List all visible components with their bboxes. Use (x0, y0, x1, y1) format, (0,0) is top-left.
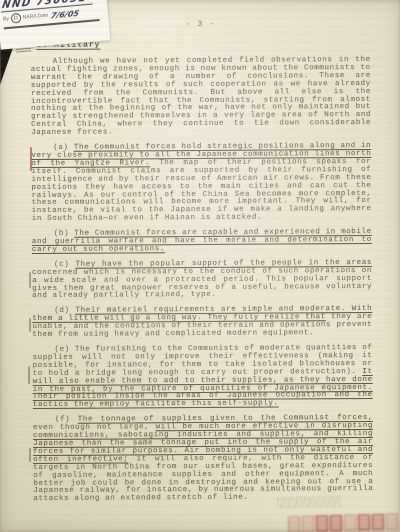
paragraph-intro: Although we have not yet completed field… (31, 57, 371, 138)
paragraph-item-d: (d) Their materiel requirements are simp… (32, 306, 372, 340)
paragraph-text: The furnishing to the Communists of mode… (33, 344, 373, 378)
typescript-content: - 3 - 5. Military Although we have not y… (0, 0, 400, 532)
paragraph-item-f: (f) The tonnage of supplies given to the… (33, 415, 374, 504)
date-handwritten: 7/6/05 (50, 8, 80, 20)
seal-glyph (358, 514, 370, 530)
seal-glyph (288, 516, 300, 532)
pencil-scribble (276, 495, 342, 509)
paragraph-item-b: (b) The Communist forces are capable and… (32, 229, 372, 255)
underlined-passage: The Communist forces are capable and exp… (32, 228, 372, 254)
seal-glyph (316, 515, 328, 531)
margin-mark-pencil (29, 448, 31, 462)
seal-glyph (344, 515, 356, 531)
paragraph-item-a: (a) The Communist forces hold strategic … (31, 143, 371, 224)
margin-mark-pencil (29, 318, 31, 332)
paragraph-item-c: (c) They have the popular support of the… (32, 260, 372, 302)
paragraph-text: concerned which is necessary to the cond… (32, 267, 372, 301)
margin-mark-pencil (29, 272, 31, 288)
margin-mark-red (30, 147, 32, 171)
item-label: (e) (54, 346, 75, 354)
paragraph-text: Although we have not yet completed field… (31, 56, 371, 137)
document-body: Although we have not yet completed field… (31, 57, 374, 511)
by-label: By (3, 16, 9, 22)
seal-glyph (302, 516, 314, 532)
seal-glyph (372, 514, 384, 530)
signature-initial: D (10, 13, 21, 24)
scanned-document-page: - 3 - 5. Military Although we have not y… (0, 0, 400, 532)
item-label: (a) (53, 144, 74, 152)
margin-mark-pencil (28, 366, 30, 384)
red-archive-seal-illegible (288, 514, 398, 532)
item-label: (c) (54, 261, 76, 269)
seal-glyph (386, 514, 398, 530)
nara-date-label: NARA Date (23, 12, 49, 20)
paragraph-text: The map of their positions speaks for it… (31, 158, 371, 223)
paragraph-item-e: (e) The furnishing to the Communists of … (32, 345, 372, 410)
seal-glyph (330, 515, 342, 531)
